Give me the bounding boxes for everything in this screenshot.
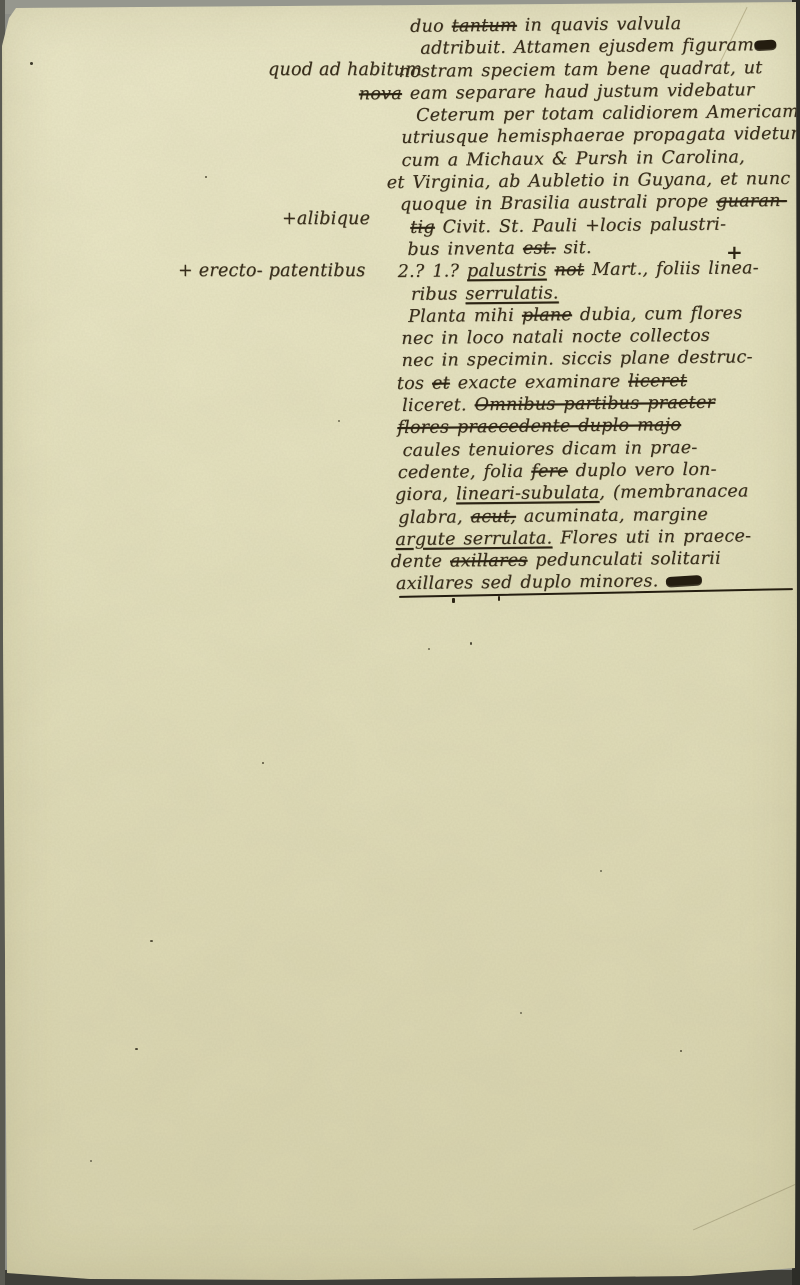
text-segment: cedente, folia [398,462,532,483]
manuscript-line: quoque in Brasilia australi prope guaran… [400,190,800,217]
ink-mark [498,596,500,601]
text-segment: plane [522,305,572,326]
text-segment: serrulatis. [465,283,559,304]
text-segment: bus inventa [407,239,523,260]
speck [90,1160,92,1162]
text-segment: guaran- [716,191,787,212]
text-segment: pedunculati solitarii [527,549,721,571]
text-segment: duplo vero lon- [568,460,717,482]
text-segment: acut, [471,506,517,526]
text-segment: Ceterum per totam calidiorem Americam [416,102,799,126]
text-segment: fere [531,461,568,481]
text-segment: glabra, [398,507,471,528]
text-segment: duo [410,16,452,36]
text-segment: nec in loco natali nocte collectos [401,326,710,349]
speck [150,940,153,942]
speck [30,62,33,65]
speck [428,648,430,650]
text-segment [547,261,555,281]
speck [262,762,264,764]
speck [680,1050,682,1052]
manuscript-line: argute serrulata. Flores uti in praece- [395,525,800,552]
text-segment: utriusque hemisphaerae propagata videtur [401,124,799,148]
text-segment: Flores uti in praece- [552,526,751,548]
text-segment: cum a Michaux & Pursh in Carolina, [401,147,745,171]
text-segment: eam separare haud justum videbatur [402,80,755,104]
text-segment: giora, [395,485,456,506]
text-segment: tig [410,217,435,237]
text-segment: exacte examinare [450,371,629,393]
speck [205,176,207,178]
text-segment: tantum [452,16,517,37]
ink-blot [754,40,777,50]
text-segment: 2.? 1.? [398,262,468,283]
text-segment: lineari-subulata [456,483,600,505]
text-segment: argute serrulata. [395,528,552,550]
text-segment: acuminata, margine [516,504,708,526]
speck [135,1048,138,1050]
text-segment: Omnibus partibus praeter [474,393,715,416]
ink-mark [452,598,455,603]
text-segment: in quavis valvula [517,14,682,36]
speck [470,642,472,645]
text-segment: quoque in Brasilia australi prope [400,192,716,215]
text-segment: Planta mihi [408,306,522,327]
manuscript-line: nec in specimin. siccis plane destruc- [402,346,800,373]
text-segment: axillares [450,551,528,572]
text-segment: palustris [467,261,547,282]
text-segment: est. [523,238,556,258]
speck [338,420,340,422]
paper-sheet: duo tantum in quavis valvulaadtribuit. A… [0,0,800,1285]
text-segment: flores praecedente duplo majo [397,415,681,438]
text-segment: not [554,260,584,280]
text-segment: dubia, cum flores [572,303,743,325]
ink-blot [666,575,702,586]
text-segment: Civit. St. Pauli +locis palustri- [435,214,727,237]
text-segment: et [432,373,450,393]
text-segment: liceret. [402,395,475,416]
manuscript-text: duo tantum in quavis valvulaadtribuit. A… [398,12,800,596]
text-segment: , (membranacea [599,482,748,504]
manuscript-line: Planta mihi plane dubia, cum flores [408,302,800,328]
speck [520,1012,522,1014]
text-segment: nostram speciem tam bene quadrat, ut [398,58,762,82]
insertion-mark: + [726,240,743,264]
manuscript-line: giora, lineari-subulata, (membranacea [395,480,800,507]
text-segment: liceret [628,371,687,392]
text-segment: tos [397,373,432,393]
margin-note: +alibique [282,209,370,229]
text-segment: adtribuit. Attamen ejusdem figuram [420,36,754,59]
text-segment: et Virginia, ab Aubletio in Guyana, et n… [387,169,791,193]
margin-note: quod ad habitum [268,60,422,80]
margin-note: + erecto- patentibus [178,261,366,281]
text-segment: nec in specimin. siccis plane destruc- [402,348,753,372]
text-segment: sit. [556,238,592,258]
text-segment: dente [391,552,450,573]
text-segment: caules tenuiores dicam in prae- [402,438,697,461]
text-segment: nova [359,84,402,104]
text-segment: ribus [411,284,466,305]
speck [600,870,602,872]
